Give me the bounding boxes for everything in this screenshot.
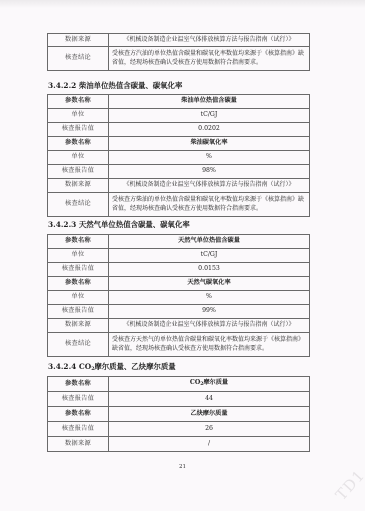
- table-row: 单位 tC/GJ: [48, 249, 310, 263]
- row-label: 数据来源: [48, 34, 109, 47]
- page-number: 21: [0, 464, 365, 470]
- table-row: 数据来源 《机械设备制造企业温室气体排放核算方法与报告指南（试行）》: [48, 179, 310, 193]
- row-value: 天然气碳氧化率: [109, 277, 310, 291]
- row-label: 核查结论: [48, 47, 109, 71]
- heading-suffix: 摩尔质量、乙炔摩尔质量: [94, 362, 175, 371]
- table-row: 单位 %: [48, 291, 310, 305]
- section-heading-diesel: 3.4.2.2 柴油单位热值含碳量、碳氧化率: [48, 80, 182, 91]
- row-label: 数据来源: [48, 179, 109, 193]
- row-label: 核查报告值: [48, 392, 109, 407]
- page-top-shadow: [0, 0, 365, 8]
- table-row: 单位 tC/GJ: [48, 109, 310, 123]
- row-label: 参数名称: [48, 377, 109, 392]
- table-row: 参数名称 天然气单位热值含碳量: [48, 235, 310, 249]
- row-label: 核查报告值: [48, 123, 109, 137]
- table-row: 核查报告值 99%: [48, 305, 310, 319]
- table-row: 数据来源 /: [48, 437, 310, 452]
- table-row: 参数名称 乙炔摩尔质量: [48, 407, 310, 422]
- row-label: 参数名称: [48, 407, 109, 422]
- molar-mass-table: 参数名称 CO2摩尔质量 核查报告值 44 参数名称 乙炔摩尔质量 核查报告值 …: [47, 376, 310, 452]
- row-label: 数据来源: [48, 437, 109, 452]
- row-label: 参数名称: [48, 137, 109, 151]
- row-label: 参数名称: [48, 277, 109, 291]
- row-label: 数据来源: [48, 319, 109, 333]
- table-row: 核查报告值 44: [48, 392, 310, 407]
- row-value: 柴油单位热值含碳量: [109, 95, 310, 109]
- row-label: 单位: [48, 109, 109, 123]
- table-row: 数据来源 《机械设备制造企业温室气体排放核算方法与报告指南（试行）》: [48, 319, 310, 333]
- value-suffix: 摩尔质量: [203, 379, 228, 386]
- row-value: 44: [109, 392, 310, 407]
- row-label: 核查报告值: [48, 422, 109, 437]
- row-value: /: [109, 437, 310, 452]
- table-row: 核查报告值 26: [48, 422, 310, 437]
- heading-prefix: 3.4.2.4 CO: [48, 362, 91, 371]
- row-value: 0.0153: [109, 263, 310, 277]
- row-value: 天然气单位热值含碳量: [109, 235, 310, 249]
- row-value: 98%: [109, 165, 310, 179]
- section-heading-natural-gas: 3.4.2.3 天然气单位热值含碳量、碳氧化率: [48, 219, 190, 230]
- table-row: 核查报告值 0.0202: [48, 123, 310, 137]
- gasoline-continuation-table: 数据来源 《机械设备制造企业温室气体排放核算方法与报告指南（试行）》 核查结论 …: [47, 33, 310, 71]
- table-row: 数据来源 《机械设备制造企业温室气体排放核算方法与报告指南（试行）》: [48, 34, 310, 47]
- table-row: 核查结论 受核查方天然气的单位热值含碳量和碳氧化率数值均来源于《核算指南》缺省值…: [48, 333, 310, 357]
- table-row: 核查结论 受核查方柴油的单位热值含碳量和碳氧化率数值均来源于《核算指南》缺省值，…: [48, 193, 310, 217]
- table-row: 核查结论 受核查方汽油的单位热值含碳量和碳氧化率数值均来源于《核算指南》缺省值，…: [48, 47, 310, 71]
- natural-gas-table: 参数名称 天然气单位热值含碳量 单位 tC/GJ 核查报告值 0.0153 参数…: [47, 234, 310, 357]
- row-value: 受核查方柴油的单位热值含碳量和碳氧化率数值均来源于《核算指南》缺省值，经现场核查…: [109, 193, 310, 217]
- row-label: 核查报告值: [48, 305, 109, 319]
- row-value: 《机械设备制造企业温室气体排放核算方法与报告指南（试行）》: [109, 34, 310, 47]
- table-row: 单位 %: [48, 151, 310, 165]
- table-row: 核查报告值 0.0153: [48, 263, 310, 277]
- row-label: 核查结论: [48, 333, 109, 357]
- row-value: 乙炔摩尔质量: [109, 407, 310, 422]
- row-label: 单位: [48, 291, 109, 305]
- row-value: 《机械设备制造企业温室气体排放核算方法与报告指南（试行）》: [109, 319, 310, 333]
- row-value: 受核查方天然气的单位热值含碳量和碳氧化率数值均来源于《核算指南》缺省值，经现场核…: [109, 333, 310, 357]
- row-value: 受核查方汽油的单位热值含碳量和碳氧化率数值均来源于《核算指南》缺省值，经现场核查…: [109, 47, 310, 71]
- table-row: 核查报告值 98%: [48, 165, 310, 179]
- row-value: tC/GJ: [109, 109, 310, 123]
- row-value: 99%: [109, 305, 310, 319]
- row-label: 参数名称: [48, 235, 109, 249]
- row-label: 核查结论: [48, 193, 109, 217]
- table-row: 参数名称 天然气碳氧化率: [48, 277, 310, 291]
- row-value: CO2摩尔质量: [109, 377, 310, 392]
- row-label: 单位: [48, 151, 109, 165]
- row-label: 单位: [48, 249, 109, 263]
- section-heading-molar-mass: 3.4.2.4 CO2摩尔质量、乙炔摩尔质量: [48, 361, 176, 372]
- row-value: %: [109, 291, 310, 305]
- row-value: 0.0202: [109, 123, 310, 137]
- diesel-table: 参数名称 柴油单位热值含碳量 单位 tC/GJ 核查报告值 0.0202 参数名…: [47, 94, 310, 217]
- table-row: 参数名称 CO2摩尔质量: [48, 377, 310, 392]
- row-label: 参数名称: [48, 95, 109, 109]
- row-label: 核查报告值: [48, 165, 109, 179]
- row-value: %: [109, 151, 310, 165]
- table-row: 参数名称 柴油单位热值含碳量: [48, 95, 310, 109]
- row-value: tC/GJ: [109, 249, 310, 263]
- value-prefix: CO: [190, 379, 200, 386]
- row-value: 柴油碳氧化率: [109, 137, 310, 151]
- watermark-stamp: TD1: [332, 466, 365, 504]
- row-value: 26: [109, 422, 310, 437]
- row-label: 核查报告值: [48, 263, 109, 277]
- document-page: 数据来源 《机械设备制造企业温室气体排放核算方法与报告指南（试行）》 核查结论 …: [0, 0, 365, 511]
- table-row: 参数名称 柴油碳氧化率: [48, 137, 310, 151]
- row-value: 《机械设备制造企业温室气体排放核算方法与报告指南（试行）》: [109, 179, 310, 193]
